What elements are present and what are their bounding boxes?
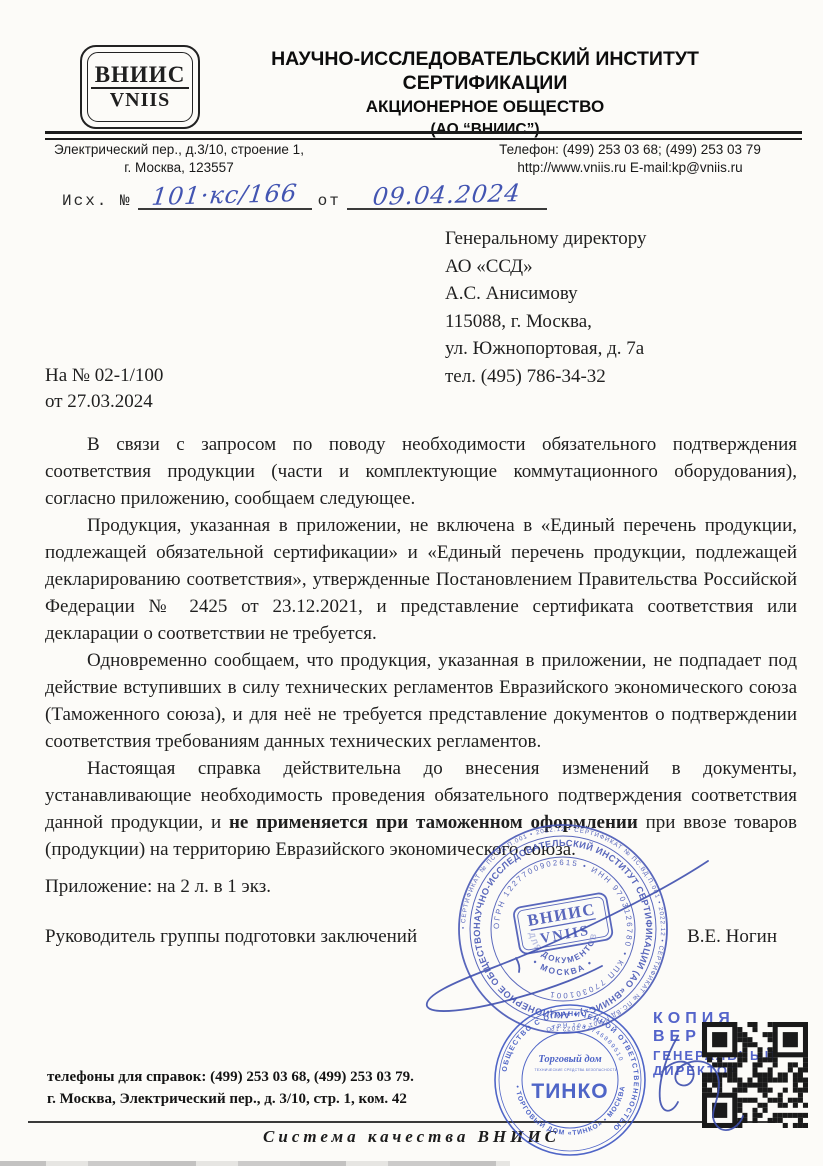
reference-date: от 27.03.2024	[45, 389, 797, 415]
org-name-line2: АКЦИОНЕРНОЕ ОБЩЕСТВО	[190, 96, 780, 119]
signature-row: Руководитель группы подготовки заключени…	[45, 926, 797, 948]
recipient-line: Генеральному директору	[445, 225, 646, 253]
logo-text-ru: ВНИИС	[91, 63, 190, 89]
outgoing-date-field: 09.04.2024	[347, 183, 547, 210]
recipient-line: АО «ССД»	[445, 253, 646, 281]
org-phone-line: Телефон: (499) 253 03 68; (499) 253 03 7…	[460, 141, 800, 159]
outgoing-number-field: 101·кс/166	[138, 183, 312, 210]
outgoing-number-line: Исх. № 101·кс/166 от 09.04.2024	[62, 183, 553, 210]
paragraph-2: Продукция, указанная в приложении, не вк…	[45, 512, 797, 647]
org-header: НАУЧНО-ИССЛЕДОВАТЕЛЬСКИЙ ИНСТИТУТ СЕРТИФ…	[190, 47, 780, 140]
scan-edge-artifact	[0, 1161, 510, 1166]
footer-phones-line2: г. Москва, Электрический пер., д. 3/10, …	[47, 1088, 414, 1110]
org-address-line1: Электрический пер., д.3/10, строение 1,	[46, 141, 312, 159]
org-address-line2: г. Москва, 123557	[46, 159, 312, 177]
svg-text:ОГРН 1087746889510: ОГРН 1087746889510	[546, 1023, 624, 1063]
tinko-tiny-text: ТЕХНИЧЕСКИЕ СРЕДСТВА БЕЗОПАСНОСТИ	[534, 1068, 617, 1072]
footer-rule	[28, 1121, 775, 1123]
handwritten-outgoing-number: 101·кс/166	[150, 181, 298, 210]
outgoing-label: Исх. №	[62, 192, 132, 210]
org-name-line1: НАУЧНО-ИССЛЕДОВАТЕЛЬСКИЙ ИНСТИТУТ СЕРТИФ…	[190, 47, 780, 96]
paragraph-1: В связи с запросом по поводу необходимос…	[45, 431, 797, 512]
vniis-logo: ВНИИС VNIIS	[80, 45, 200, 129]
letter-content: На № 02-1/100 от 27.03.2024 В связи с за…	[45, 363, 797, 948]
director-signature-tick	[516, 958, 519, 972]
org-contacts: Телефон: (499) 253 03 68; (499) 253 03 7…	[460, 141, 800, 177]
tinko-ring-top-text: ОБЩЕСТВО С ОГРАНИЧЕННОЙ ОТВЕТСТВЕННОСТЬЮ	[501, 1011, 639, 1132]
recipient-line: А.С. Анисимову	[445, 280, 646, 308]
svg-text:ОБЩЕСТВО С ОГРАНИЧЕННОЙ ОТВЕТС: ОБЩЕСТВО С ОГРАНИЧЕННОЙ ОТВЕТСТВЕННОСТЬЮ	[501, 1011, 639, 1132]
svg-text:• МОСКВА •: • МОСКВА •	[531, 957, 595, 977]
paragraph-4-bold: не применяется при таможенном оформлении	[229, 812, 638, 833]
qr-code	[702, 1022, 808, 1128]
signatory-name: В.Е. Ногин	[687, 926, 777, 948]
stamp-moscow-text: • МОСКВА •	[531, 957, 595, 977]
reference-number: На № 02-1/100	[45, 363, 797, 389]
tinko-script-text: Торговый дом	[538, 1054, 601, 1065]
attachment-note: Приложение: на 2 л. в 1 экз.	[45, 876, 797, 898]
footer-phones: телефоны для справок: (499) 253 03 68, (…	[47, 1066, 414, 1110]
quality-system-line: Система качества ВНИИС	[0, 1127, 823, 1147]
paragraph-4: Настоящая справка действительна до внесе…	[45, 755, 797, 863]
org-web-line: http://www.vniis.ru E-mail:kp@vniis.ru	[460, 159, 800, 177]
scanned-letter-page: ВНИИС VNIIS НАУЧНО-ИССЛЕДОВАТЕЛЬСКИЙ ИНС…	[0, 0, 823, 1166]
handwritten-outgoing-date: 09.04.2024	[371, 181, 522, 210]
tinko-name-text: ТИНКО	[531, 1080, 608, 1103]
paragraph-3: Одновременно сообщаем, что продукция, ук…	[45, 647, 797, 755]
outgoing-ot-label: от	[318, 192, 341, 210]
org-address: Электрический пер., д.3/10, строение 1, …	[46, 141, 312, 177]
vniis-logo-inner-border: ВНИИС VNIIS	[87, 52, 193, 122]
tinko-ogrn-text: ОГРН 1087746889510	[546, 1023, 624, 1063]
recipient-line: ул. Южнопортовая, д. 7а	[445, 335, 646, 363]
header-double-rule	[45, 131, 802, 140]
recipient-line: 115088, г. Москва,	[445, 308, 646, 336]
signatory-position: Руководитель группы подготовки заключени…	[45, 926, 417, 948]
logo-text-en: VNIIS	[110, 89, 171, 112]
footer-phones-line1: телефоны для справок: (499) 253 03 68, (…	[47, 1066, 414, 1088]
